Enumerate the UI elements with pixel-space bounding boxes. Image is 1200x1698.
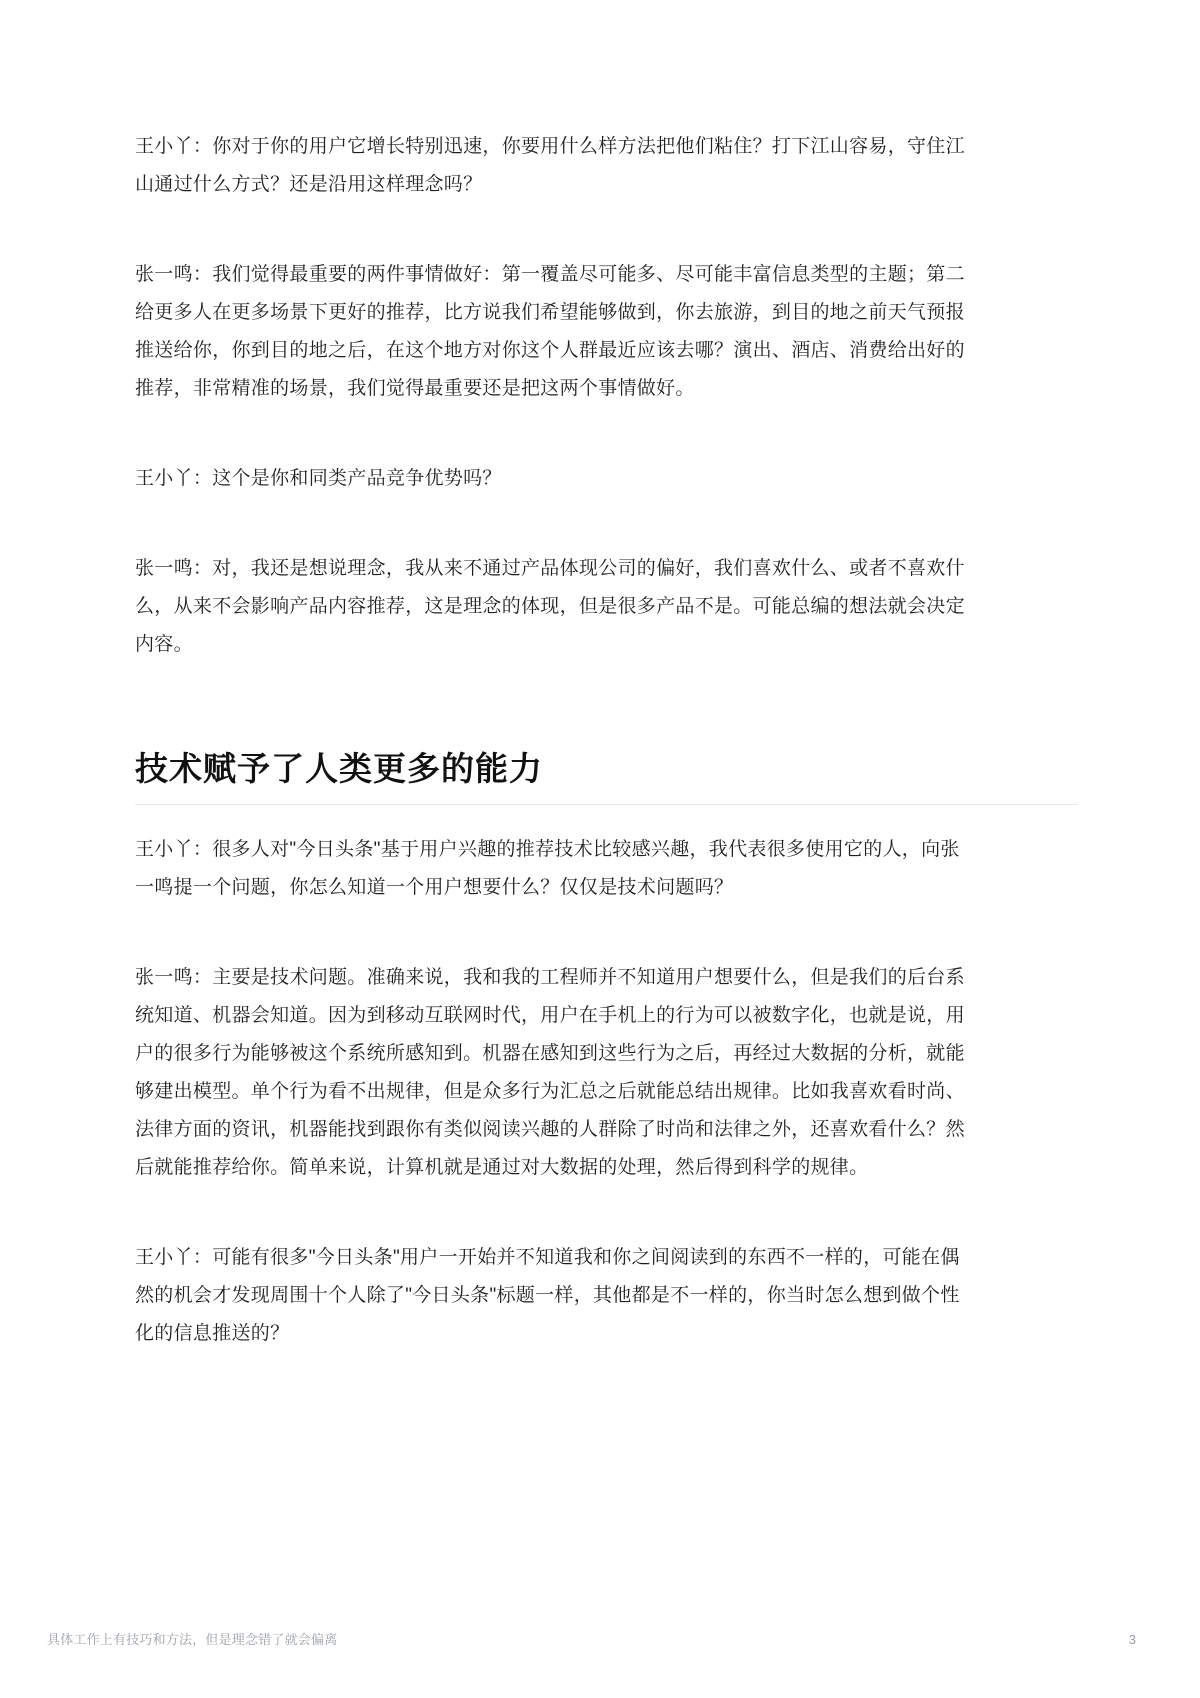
- paragraph-interviewee-answer-3: 张一鸣：主要是技术问题。准确来说，我和我的工程师并不知道用户想要什么，但是我们的…: [135, 959, 968, 1187]
- paragraph-interviewer-question-4: 王小丫：可能有很多"今日头条"用户一开始并不知道我和你之间阅读到的东西不一样的，…: [135, 1239, 968, 1353]
- document-page: 王小丫：你对于你的用户它增长特别迅速，你要用什么样方法把他们粘住？打下江山容易，…: [0, 0, 1200, 1698]
- page-number: 3: [1129, 1632, 1136, 1648]
- document-content: 王小丫：你对于你的用户它增长特别迅速，你要用什么样方法把他们粘住？打下江山容易，…: [135, 0, 1080, 1405]
- section-heading: 技术赋予了人类更多的能力: [135, 748, 1080, 790]
- paragraph-interviewer-question-2: 王小丫：这个是你和同类产品竞争优势吗？: [135, 460, 968, 498]
- paragraph-interviewer-question-3: 王小丫：很多人对"今日头条"基于用户兴趣的推荐技术比较感兴趣，我代表很多使用它的…: [135, 831, 968, 907]
- page-footer: 具体工作上有技巧和方法，但是理念错了就会偏离 3: [47, 1632, 1136, 1648]
- paragraph-interviewee-answer-2: 张一鸣：对，我还是想说理念，我从来不通过产品体现公司的偏好，我们喜欢什么、或者不…: [135, 550, 968, 664]
- footer-note: 具体工作上有技巧和方法，但是理念错了就会偏离: [47, 1632, 337, 1648]
- section-divider: [135, 804, 1078, 805]
- paragraph-interviewee-answer-1: 张一鸣：我们觉得最重要的两件事情做好：第一覆盖尽可能多、尽可能丰富信息类型的主题…: [135, 256, 968, 408]
- paragraph-interviewer-question-1: 王小丫：你对于你的用户它增长特别迅速，你要用什么样方法把他们粘住？打下江山容易，…: [135, 128, 968, 204]
